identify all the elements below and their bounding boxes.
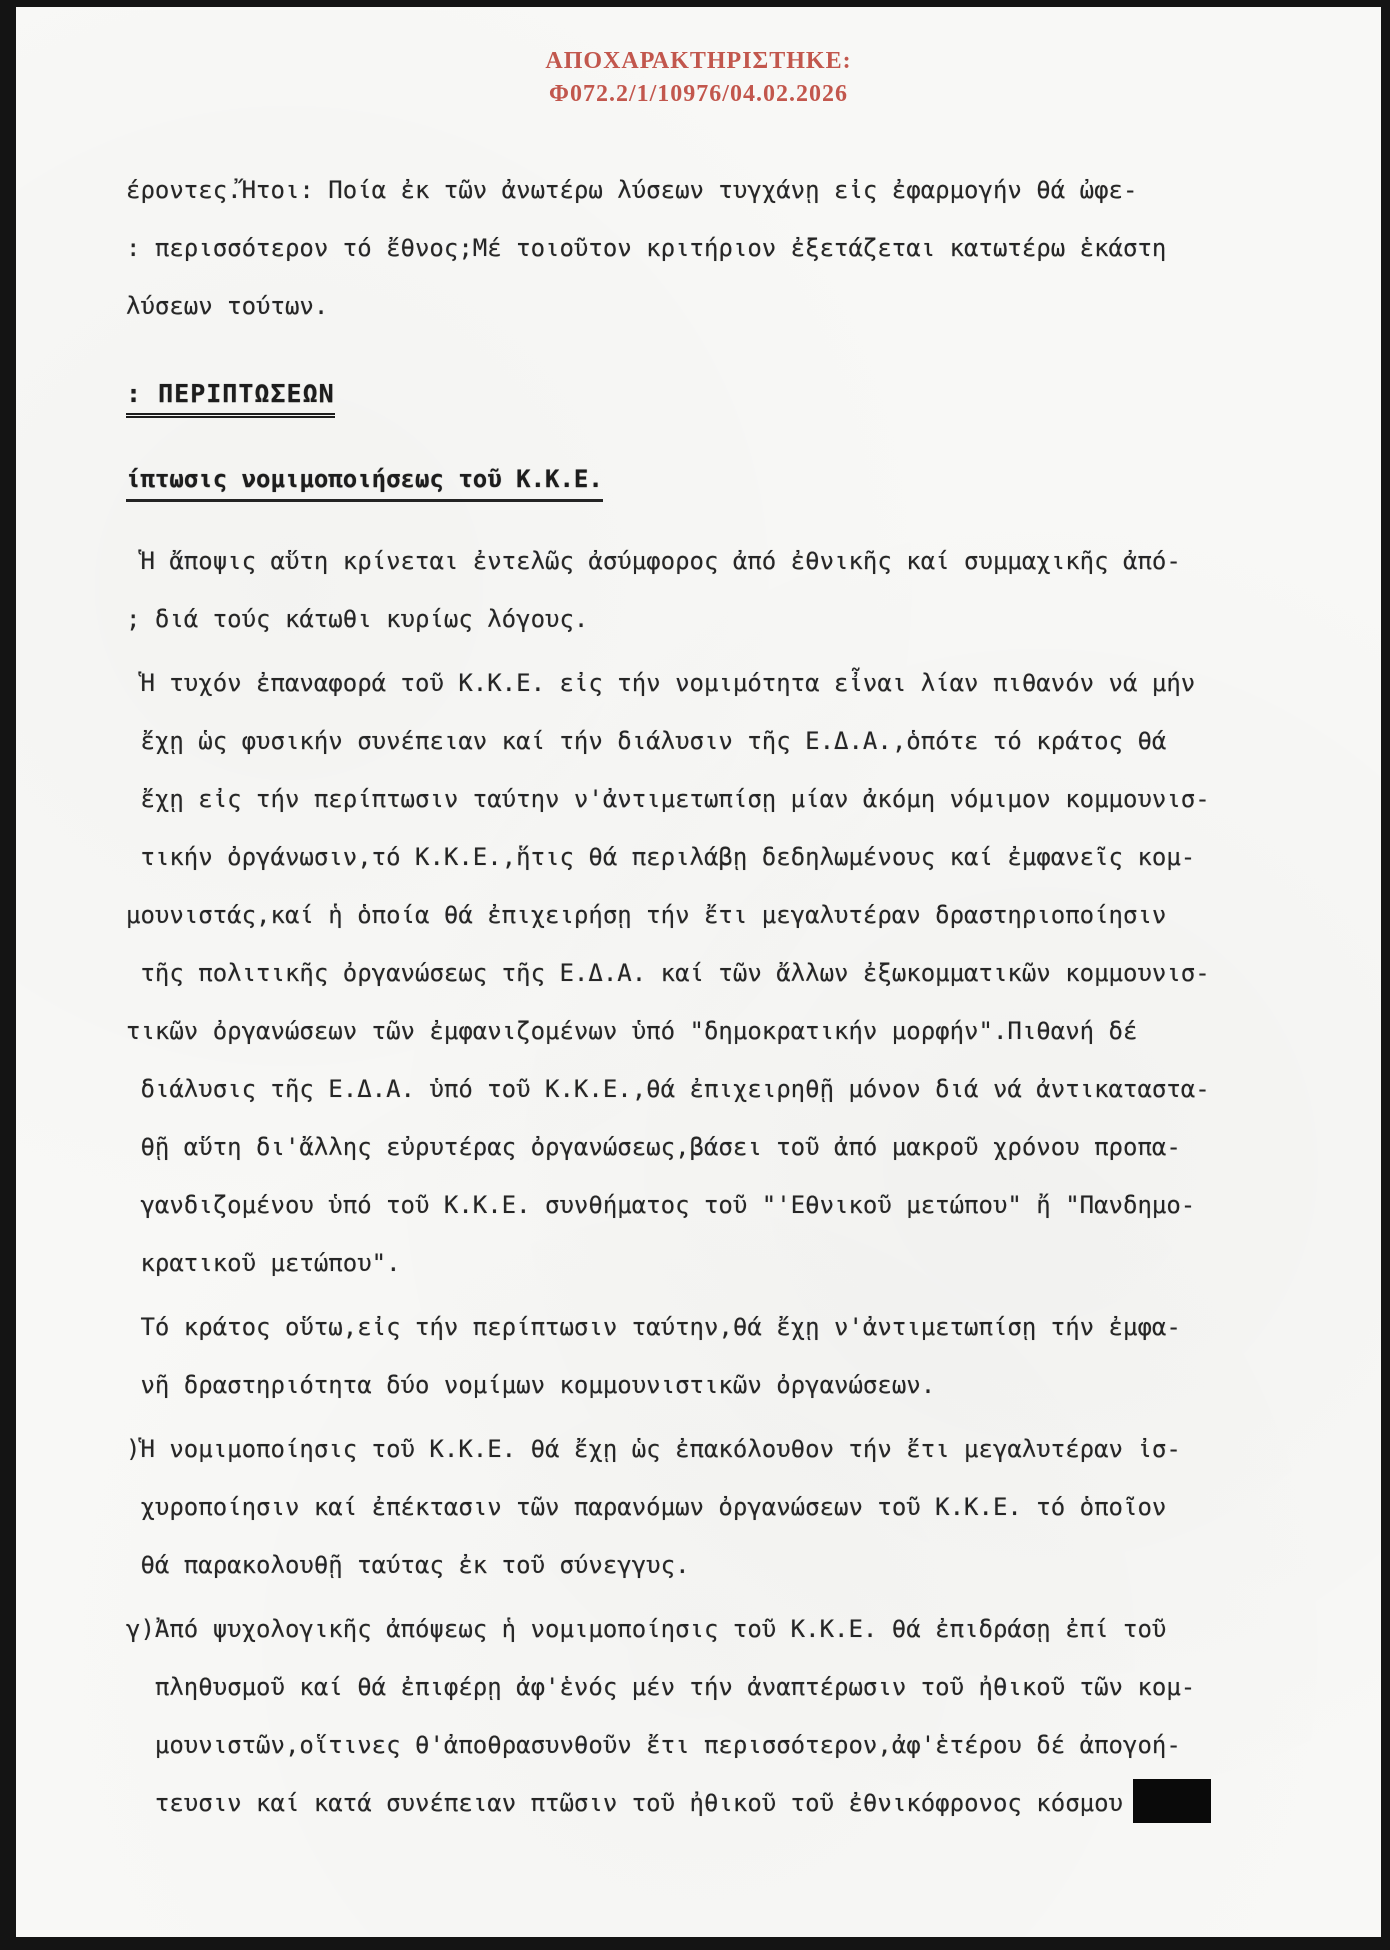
paragraph-state-consequence: Τό κράτος οὕτω,εἰς τήν περίπτωσιν ταύτην… — [126, 1298, 1331, 1414]
declassification-title: ΑΠΟΧΑΡΑΚΤΗΡΙΣΤΗΚΕ: — [16, 45, 1381, 78]
paragraph-assessment: Ἡ ἄποψις αὕτη κρίνεται ἐντελῶς ἀσύμφορος… — [126, 532, 1331, 648]
declassification-reference: Φ072.2/1/10976/04.02.2026 — [16, 78, 1381, 111]
scanned-document-page: ΑΠΟΧΑΡΑΚΤΗΡΙΣΤΗΚΕ: Φ072.2/1/10976/04.02.… — [0, 0, 1390, 1950]
subsection-heading-row: ίπτωσις νομιμοποιήσεως τοῦ Κ.Κ.Ε. — [126, 418, 1331, 502]
paragraph-item-c: γ)Ἀπό ψυχολογικῆς ἀπόψεως ἡ νομιμοποίησι… — [126, 1600, 1331, 1832]
document-body: έροντες.Ἤτοι: Ποία ἐκ τῶν ἀνωτέρω λύσεων… — [16, 111, 1381, 1832]
subsection-heading: ίπτωσις νομιμοποιήσεως τοῦ Κ.Κ.Ε. — [126, 462, 603, 502]
paragraph-item-c-text: γ)Ἀπό ψυχολογικῆς ἀπόψεως ἡ νομιμοποίησι… — [126, 1615, 1195, 1817]
section-heading: : ΠΕΡΙΠΤΩΣΕΩΝ — [126, 377, 335, 418]
paragraph-legalization: Ἡ τυχόν ἐπαναφορά τοῦ Κ.Κ.Ε. εἰς τήν νομ… — [126, 654, 1331, 1292]
declassification-stamp: ΑΠΟΧΑΡΑΚΤΗΡΙΣΤΗΚΕ: Φ072.2/1/10976/04.02.… — [16, 45, 1381, 111]
intro-paragraph: έροντες.Ἤτοι: Ποία ἐκ τῶν ἀνωτέρω λύσεων… — [126, 161, 1331, 335]
paragraph-item-b: )Ἡ νομιμοποίησις τοῦ Κ.Κ.Ε. θά ἔχῃ ὡς ἐπ… — [126, 1420, 1331, 1594]
redaction-block — [1133, 1779, 1211, 1823]
section-heading-row: : ΠΕΡΙΠΤΩΣΕΩΝ — [126, 335, 1331, 418]
